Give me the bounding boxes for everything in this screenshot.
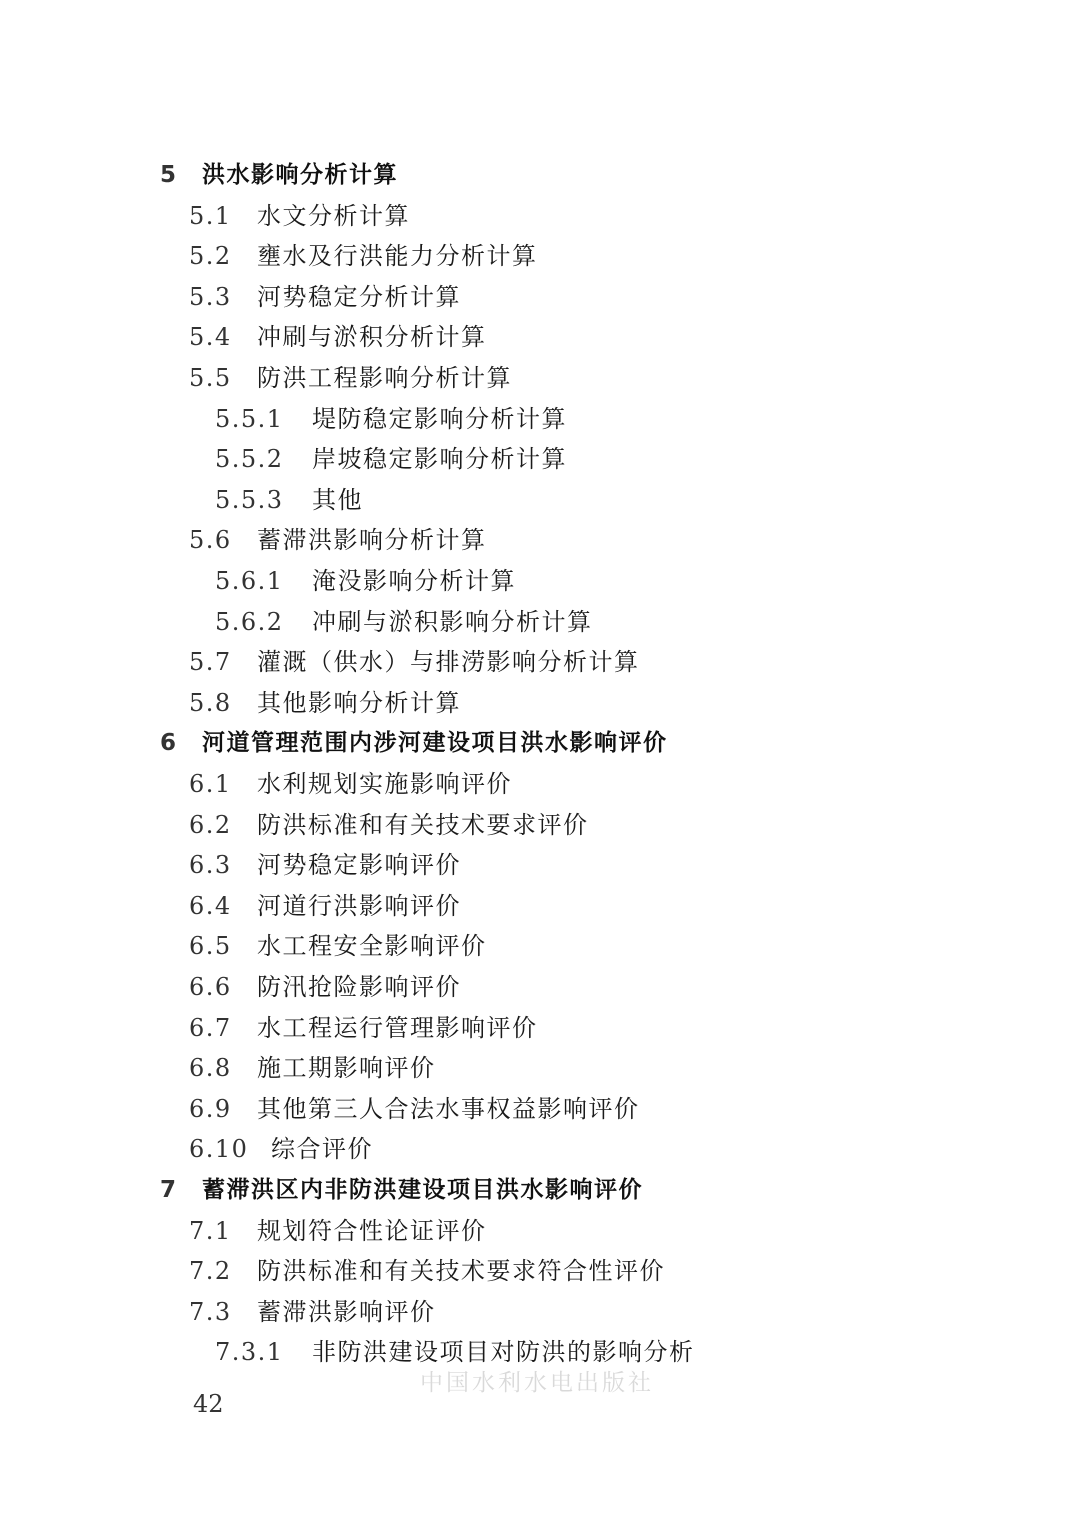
toc-number: 5.3 (189, 277, 257, 317)
toc-number: 6.3 (189, 845, 257, 885)
toc-title: 其他 (312, 486, 363, 514)
toc-section: 5.1水文分析计算 (189, 196, 410, 236)
toc-number: 7 (160, 1170, 202, 1210)
toc-section: 6.7水工程运行管理影响评价 (189, 1008, 538, 1048)
toc-title: 河道行洪影响评价 (257, 892, 461, 920)
toc-title: 施工期影响评价 (257, 1054, 436, 1082)
toc-number: 5.7 (189, 642, 257, 682)
toc-title: 水利规划实施影响评价 (257, 770, 512, 798)
toc-title: 其他第三人合法水事权益影响评价 (257, 1095, 640, 1123)
toc-number: 5.1 (189, 196, 257, 236)
toc-title: 岸坡稳定影响分析计算 (312, 445, 567, 473)
toc-section: 6.5水工程安全影响评价 (189, 926, 487, 966)
toc-title: 冲刷与淤积影响分析计算 (312, 608, 593, 636)
toc-number: 5.5.1 (215, 399, 312, 439)
toc-number: 5.6 (189, 520, 257, 560)
toc-title: 防洪标准和有关技术要求符合性评价 (257, 1257, 665, 1285)
toc-title: 淹没影响分析计算 (312, 567, 516, 595)
toc-section: 6.8施工期影响评价 (189, 1048, 436, 1088)
toc-title: 规划符合性论证评价 (257, 1217, 487, 1245)
toc-number: 5.6.2 (215, 602, 312, 642)
toc-number: 6.10 (189, 1129, 271, 1169)
toc-title: 综合评价 (271, 1135, 373, 1163)
toc-title: 壅水及行洪能力分析计算 (257, 242, 538, 270)
toc-title: 非防洪建设项目对防洪的影响分析 (312, 1338, 695, 1366)
toc-subsection: 5.6.2冲刷与淤积影响分析计算 (215, 602, 593, 642)
toc-section: 5.5防洪工程影响分析计算 (189, 358, 512, 398)
toc-number: 6.2 (189, 805, 257, 845)
toc-number: 6.8 (189, 1048, 257, 1088)
toc-title: 水工程运行管理影响评价 (257, 1014, 538, 1042)
toc-section: 6.10综合评价 (189, 1129, 373, 1169)
toc-number: 7.3.1 (215, 1332, 312, 1372)
toc-chapter: 5洪水影响分析计算 (160, 155, 398, 195)
toc-section: 6.6防汛抢险影响评价 (189, 967, 461, 1007)
toc-number: 6.6 (189, 967, 257, 1007)
toc-title: 洪水影响分析计算 (202, 162, 398, 188)
publisher-watermark: 中国水利水电出版社 (420, 1364, 654, 1397)
toc-section: 7.2防洪标准和有关技术要求符合性评价 (189, 1251, 665, 1291)
toc-title: 河势稳定影响评价 (257, 851, 461, 879)
toc-number: 6.7 (189, 1008, 257, 1048)
toc-number: 5.5.3 (215, 480, 312, 520)
toc-number: 5.4 (189, 317, 257, 357)
toc-section: 6.3河势稳定影响评价 (189, 845, 461, 885)
toc-title: 防洪工程影响分析计算 (257, 364, 512, 392)
toc-number: 5.2 (189, 236, 257, 276)
toc-number: 5.8 (189, 683, 257, 723)
toc-number: 6.9 (189, 1089, 257, 1129)
toc-title: 防汛抢险影响评价 (257, 973, 461, 1001)
toc-section: 6.1水利规划实施影响评价 (189, 764, 512, 804)
toc-section: 5.8其他影响分析计算 (189, 683, 461, 723)
toc-number: 5.5.2 (215, 439, 312, 479)
toc-section: 5.6蓄滞洪影响分析计算 (189, 520, 487, 560)
toc-section: 5.3河势稳定分析计算 (189, 277, 461, 317)
toc-number: 6.5 (189, 926, 257, 966)
toc-number: 6.4 (189, 886, 257, 926)
toc-chapter: 6河道管理范围内涉河建设项目洪水影响评价 (160, 723, 668, 763)
toc-number: 5.6.1 (215, 561, 312, 601)
toc-section: 7.1规划符合性论证评价 (189, 1211, 487, 1251)
toc-subsection: 5.5.2岸坡稳定影响分析计算 (215, 439, 567, 479)
toc-subsection: 5.5.1堤防稳定影响分析计算 (215, 399, 567, 439)
toc-subsection: 5.5.3其他 (215, 480, 363, 520)
toc-section: 5.4冲刷与淤积分析计算 (189, 317, 487, 357)
toc-title: 河道管理范围内涉河建设项目洪水影响评价 (202, 730, 668, 756)
toc-title: 蓄滞洪影响评价 (257, 1298, 436, 1326)
toc-title: 水文分析计算 (257, 202, 410, 230)
toc-number: 6.1 (189, 764, 257, 804)
toc-title: 堤防稳定影响分析计算 (312, 405, 567, 433)
toc-title: 水工程安全影响评价 (257, 932, 487, 960)
toc-section: 6.4河道行洪影响评价 (189, 886, 461, 926)
toc-section: 7.3蓄滞洪影响评价 (189, 1292, 436, 1332)
toc-chapter: 7蓄滞洪区内非防洪建设项目洪水影响评价 (160, 1170, 643, 1210)
toc-title: 冲刷与淤积分析计算 (257, 323, 487, 351)
toc-number: 6 (160, 723, 202, 763)
toc-section: 5.7灌溉（供水）与排涝影响分析计算 (189, 642, 640, 682)
toc-title: 防洪标准和有关技术要求评价 (257, 811, 589, 839)
toc-title: 河势稳定分析计算 (257, 283, 461, 311)
toc-section: 6.2防洪标准和有关技术要求评价 (189, 805, 589, 845)
toc-number: 7.2 (189, 1251, 257, 1291)
toc-number: 5.5 (189, 358, 257, 398)
toc-number: 5 (160, 155, 202, 195)
toc-number: 7.3 (189, 1292, 257, 1332)
toc-title: 蓄滞洪影响分析计算 (257, 526, 487, 554)
page-number: 42 (193, 1390, 224, 1418)
toc-number: 7.1 (189, 1211, 257, 1251)
toc-section: 5.2壅水及行洪能力分析计算 (189, 236, 538, 276)
toc-section: 6.9其他第三人合法水事权益影响评价 (189, 1089, 640, 1129)
toc-subsection: 5.6.1淹没影响分析计算 (215, 561, 516, 601)
toc-title: 其他影响分析计算 (257, 689, 461, 717)
toc-title: 蓄滞洪区内非防洪建设项目洪水影响评价 (202, 1177, 643, 1203)
toc-title: 灌溉（供水）与排涝影响分析计算 (257, 648, 640, 676)
